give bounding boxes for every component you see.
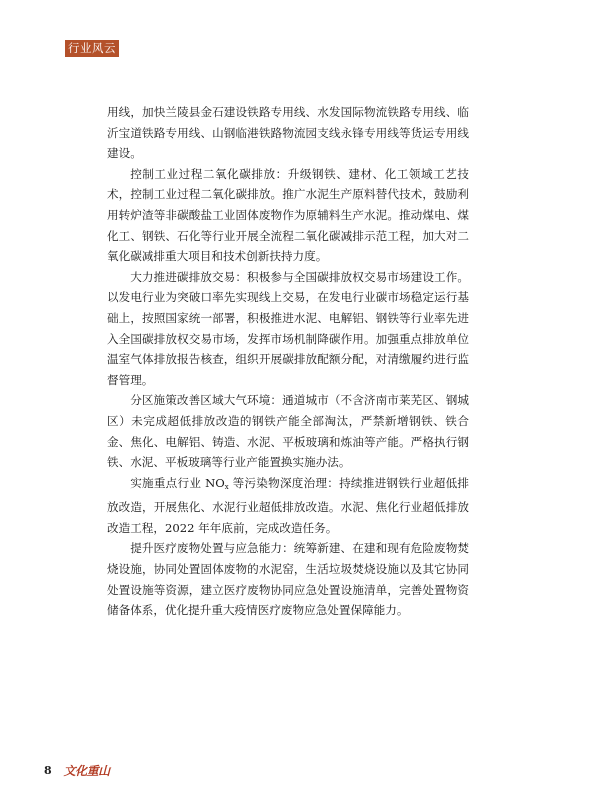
article-body: 用线，加快兰陵县金石建设铁路专用线、水发国际物流铁路专用线、临沂宝道铁路专用线、… (107, 102, 469, 621)
paragraph-industrial-co2: 控制工业过程二氧化碳排放：升级钢铁、建材、化工领域工艺技术，控制工业过程二氧化碳… (107, 164, 469, 267)
page-footer: 8 文化重山 (44, 762, 110, 778)
nox-text-before: 实施重点行业 NO (130, 476, 225, 490)
paragraph-regional-air: 分区施策改善区域大气环境：通道城市（不含济南市莱芜区、钢城区）未完成超低排放改造… (107, 390, 469, 472)
page-number: 8 (44, 764, 52, 777)
paragraph-nox-treatment: 实施重点行业 NOx 等污染物深度治理：持续推进钢铁行业超低排放改造，开展焦化、… (107, 473, 469, 539)
section-label-badge: 行业风云 (65, 40, 119, 57)
publication-title-logo: 文化重山 (64, 762, 110, 779)
paragraph-medical-waste: 提升医疗废物处置与应急能力：统筹新建、在建和现有危险废物焚烧设施，协同处置固体废… (107, 538, 469, 620)
paragraph-carbon-trading: 大力推进碳排放交易：积极参与全国碳排放权交易市场建设工作。以发电行业为突破口率先… (107, 267, 469, 391)
paragraph-railway-lines: 用线，加快兰陵县金石建设铁路专用线、水发国际物流铁路专用线、临沂宝道铁路专用线、… (107, 102, 469, 164)
